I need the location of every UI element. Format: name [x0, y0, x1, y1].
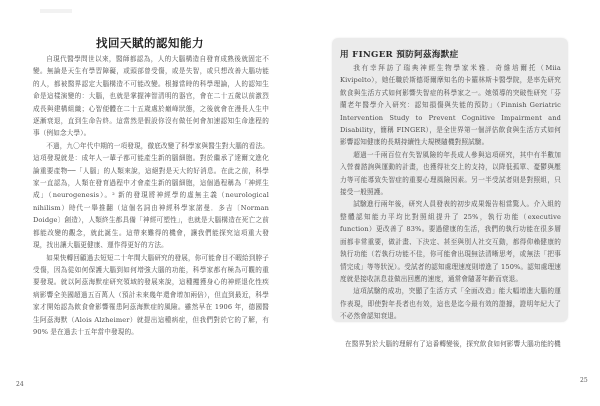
sidebar-title: 用 FINGER 預防阿茲海默症 — [340, 48, 459, 60]
left-body-text: 自現代醫學問世以來，醫師都認為，人的大腦構造自發育成熟後就固定不變。無論是天生有… — [33, 53, 269, 338]
sidebar-body-text: 我有幸拜訪了瑞典神經生物學家米雅．奇維培爾托（Miia Kivipelto），她… — [340, 62, 561, 323]
paragraph: 不過，九〇年代中期的一項發現，徹底改變了科學家與醫生對大腦的看法。這項發現就是：… — [33, 140, 269, 252]
paragraph: 我有幸拜訪了瑞典神經生物學家米雅．奇維培爾托（Miia Kivipelto），她… — [340, 62, 561, 149]
chapter-title: 找回天賦的認知能力 — [0, 35, 300, 51]
running-header-mark — [40, 9, 72, 13]
left-page: 找回天賦的認知能力 自現代醫學問世以來，醫師都認為，人的大腦構造自發育成熟後就固… — [0, 0, 300, 406]
paragraph: 試驗進行兩年後，研究人員發表的初步成果報告相當驚人。介入組的整體認知能力平均比對… — [340, 198, 561, 285]
sidebar-box: 用 FINGER 預防阿茲海默症 我有幸拜訪了瑞典神經生物學家米雅．奇維培爾托（… — [332, 38, 568, 322]
paragraph: 自現代醫學問世以來，醫師都認為，人的大腦構造自發育成熟後就固定不變。無論是天生有… — [33, 53, 269, 140]
paragraph: 超過一千兩百位有失智風險的年長成人參與這項研究，其中有半數加入營養諮詢與運動的計… — [340, 149, 561, 199]
continuation-text: 在醫界對於大腦的理解有了這番轉變後，探究飲食如何影響大腦功能的機 — [345, 338, 569, 350]
paragraph: 如果快轉回顧過去短短二十年間大腦研究的發展，你可能會目不暇給到脖子受傷，因為從如… — [33, 252, 269, 339]
right-page: 用 FINGER 預防阿茲海默症 我有幸拜訪了瑞典神經生物學家米雅．奇維培爾托（… — [300, 0, 600, 406]
paragraph: 這項試驗的成功，突顯了生活方式「全面改造」能大幅增進大腦的運作表現，即使對年長者… — [340, 285, 561, 322]
page-number-right: 25 — [580, 377, 588, 384]
page-number-left: 24 — [16, 381, 24, 388]
paragraph: 在醫界對於大腦的理解有了這番轉變後，探究飲食如何影響大腦功能的機 — [345, 338, 569, 350]
